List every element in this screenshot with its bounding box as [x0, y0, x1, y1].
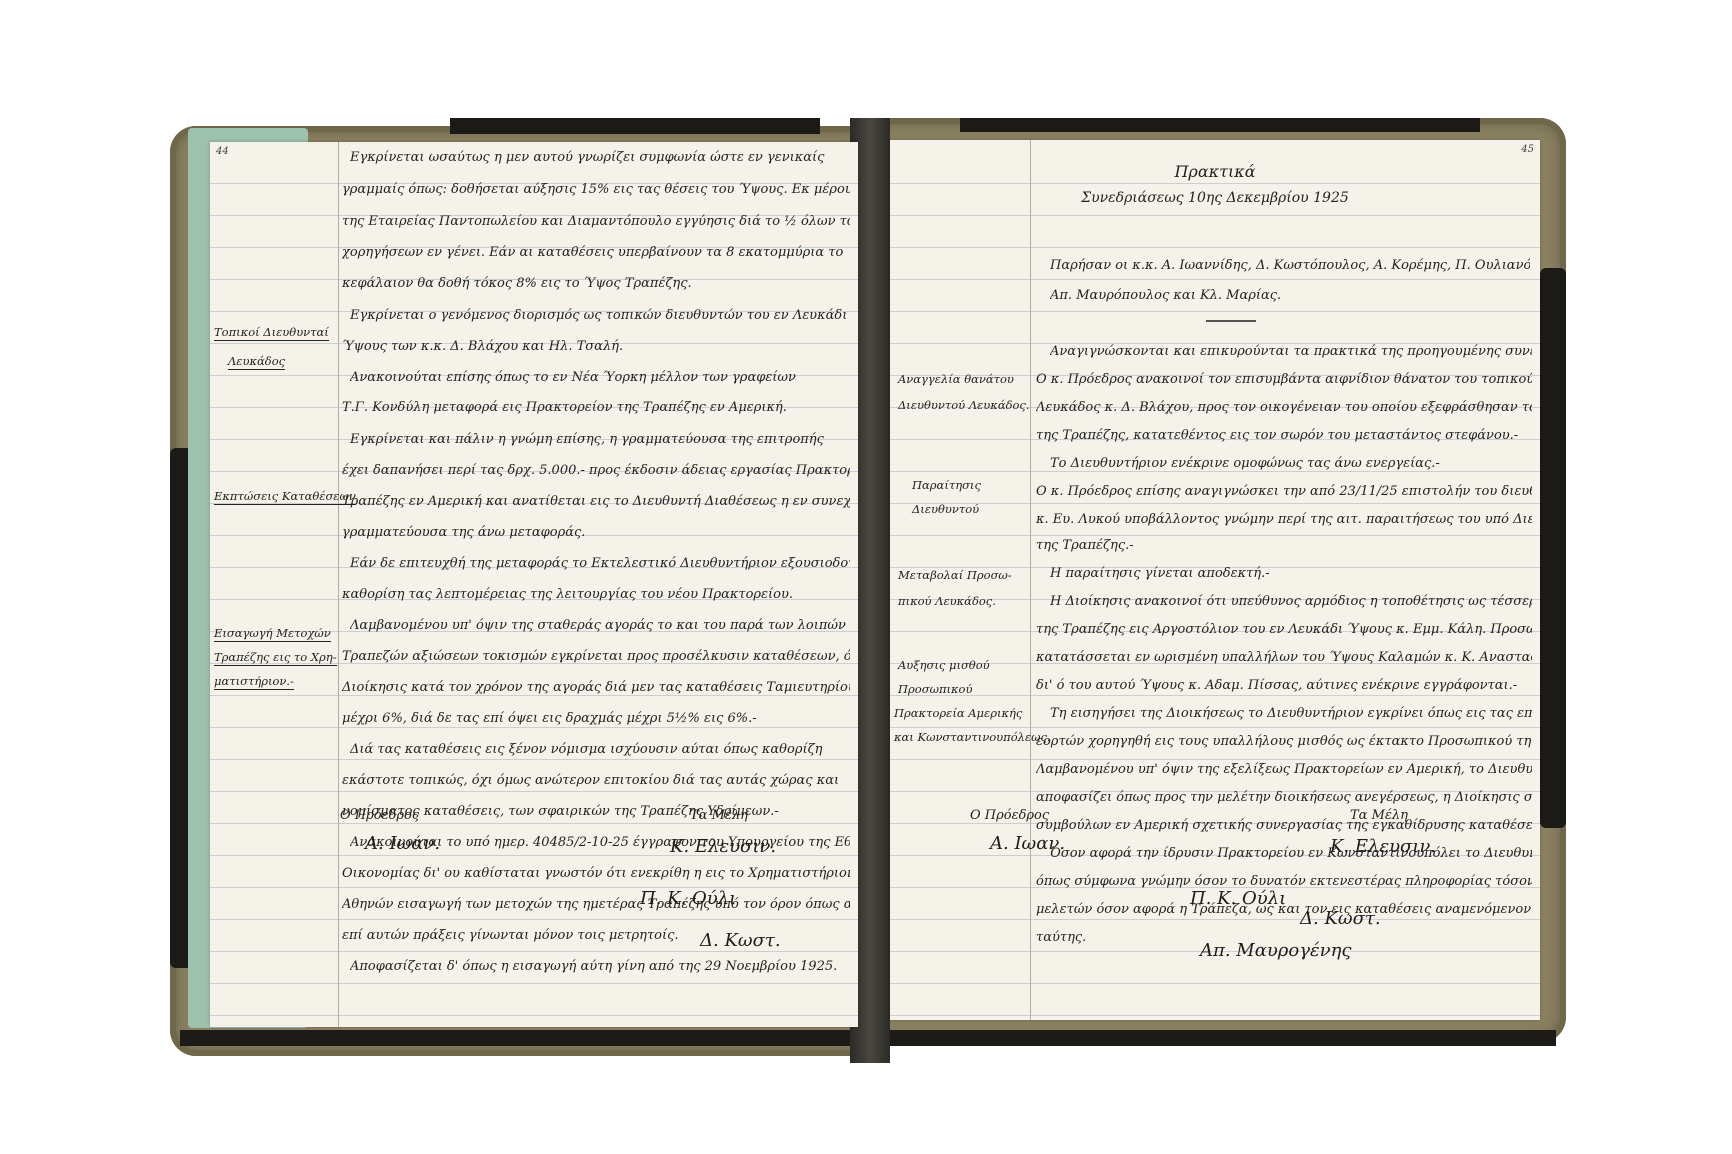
margin-note: Εκπτώσεις Καταθέσεων	[214, 489, 356, 505]
text-line: Διά τας καταθέσεις εις ξένον νόμισμα ισχ…	[350, 742, 850, 757]
text-line: κατατάσσεται εν ωρισμένη υπαλλήλων του Ύ…	[1036, 650, 1532, 665]
margin-note: Διευθυντού Λευκάδος.	[898, 398, 1030, 412]
margin-note: και Κωνσταντινουπόλεως.	[894, 730, 1051, 744]
open-ledger-book: 44 Τοπικοί Διευθυνταί Λευκάδος Εκπτώσεις…	[170, 118, 1566, 1063]
top-edge-wear	[450, 118, 820, 134]
text-line: εορτών χορηγηθή εις τους υπαλλήλους μισθ…	[1036, 734, 1532, 749]
members-label: Τα Μέλη	[690, 808, 748, 823]
margin-rule	[338, 142, 339, 1027]
text-line: εκάστοτε τοπικώς, όχι όμως ανώτερον επιτ…	[342, 773, 850, 788]
text-line: δι' ό του αυτού Ύψους κ. Αδαμ. Πίσσας, α…	[1036, 678, 1532, 693]
right-cover-wear	[1540, 268, 1566, 828]
text-line: Ανακοινούται επίσης όπως το εν Νέα Ύορκη…	[350, 370, 850, 385]
member-signature: Κ. Ελευσιν.	[1330, 836, 1436, 857]
member-signature: Π. Κ. Ούλι	[1190, 888, 1286, 909]
president-label: Ο Πρόεδρος	[340, 808, 419, 823]
margin-note: Πρακτορεία Αμερικής	[894, 706, 1022, 720]
attendees-line: Απ. Μαυρόπουλος και Κλ. Μαρίας.	[1050, 288, 1530, 303]
margin-note: Τοπικοί Διευθυνταί	[214, 325, 329, 341]
text-line: όπως σύμφωνα γνώμην όσον το δυνατόν εκτε…	[1036, 874, 1532, 889]
margin-note: Διευθυντού	[912, 502, 979, 516]
text-line: Διοίκησις κατά τον χρόνον της αγοράς διά…	[342, 680, 850, 695]
minutes-title: Πρακτικά	[890, 162, 1540, 181]
section-divider	[1206, 320, 1256, 322]
margin-note: πικού Λευκάδος.	[898, 594, 996, 608]
margin-rule	[1030, 140, 1031, 1020]
text-line: Ο κ. Πρόεδρος ανακοινοί τον επισυμβάντα …	[1036, 372, 1532, 387]
text-line: αποφασίζει όπως προς την μελέτην διοικήσ…	[1036, 790, 1532, 805]
president-signature: Α. Ιωαν.	[365, 833, 440, 854]
text-line: της Εταιρείας Παντοπωλείου και Διαμαντόπ…	[342, 214, 850, 229]
members-label: Τα Μέλη	[1350, 808, 1408, 823]
margin-note: ματιστήριον.-	[214, 674, 294, 690]
attendees-line: Παρήσαν οι κ.κ. Α. Ιωαννίδης, Δ. Κωστόπο…	[1050, 258, 1530, 273]
margin-note: Αυξησις μισθού	[898, 658, 990, 672]
text-line: Λαμβανομένου υπ' όψιν της σταθεράς αγορά…	[350, 618, 850, 633]
text-line: χορηγήσεων εν γένει. Εάν αι καταθέσεις υ…	[342, 245, 850, 260]
margin-note: Αναγγελία θανάτου	[898, 372, 1014, 386]
margin-note: Τραπέζης εις το Χρη-	[214, 650, 337, 666]
page-number: 44	[216, 146, 229, 157]
top-edge-wear-right	[960, 118, 1480, 132]
text-line: γραμμαίς όπως: δοθήσεται αύξησις 15% εις…	[342, 182, 850, 197]
text-line: Εάν δε επιτευχθή της μεταφοράς το Εκτελε…	[350, 556, 850, 571]
text-line: Εγκρίνεται ωσαύτως η μεν αυτού γνωρίζει …	[350, 150, 850, 165]
text-line: συμβούλων εν Αμερική σχετικής συνεργασία…	[1036, 818, 1532, 833]
text-line: μέχρι 6%, διά δε τας επί όψει εις δραχμά…	[342, 711, 850, 726]
text-line: Τ.Γ. Κονδύλη μεταφορά εις Πρακτορείον τη…	[342, 400, 850, 415]
text-line: Η Διοίκησις ανακοινοί ότι υπεύθυνος αρμό…	[1050, 594, 1532, 609]
text-line: Όσον αφορά την ίδρυσιν Πρακτορείου εν Κω…	[1050, 846, 1532, 861]
president-label: Ο Πρόεδρος	[970, 808, 1049, 823]
text-line: Εγκρίνεται ο γενόμενος διορισμός ως τοπι…	[350, 308, 850, 323]
text-line: Τραπέζης εν Αμερική και ανατίθεται εις τ…	[342, 494, 850, 509]
member-signature: Κ. Ελευσιν.	[670, 836, 776, 857]
text-line: της Τραπέζης.-	[1036, 538, 1532, 553]
text-line: της Τραπέζης, κατατεθέντος εις τον σωρόν…	[1036, 428, 1532, 443]
text-line: κ. Ευ. Λυκού υποβάλλοντος γνώμην περί τη…	[1036, 512, 1532, 527]
president-signature: Α. Ιωαν.	[990, 833, 1065, 854]
text-line: Λαμβανομένου υπ' όψιν της εξελίξεως Πρακ…	[1036, 762, 1532, 777]
text-line: Τη εισηγήσει της Διοικήσεως το Διευθυντή…	[1050, 706, 1532, 721]
text-line: καθορίση τας λεπτομέρειας της λειτουργία…	[342, 587, 850, 602]
page-number: 45	[1521, 144, 1534, 155]
text-line: Η παραίτησις γίνεται αποδεκτή.-	[1050, 566, 1532, 581]
margin-note: Μεταβολαί Προσω-	[898, 568, 1012, 582]
text-line: Αναγιγνώσκονται και επικυρούνται τα πρακ…	[1050, 344, 1532, 359]
text-line: Οικονομίας δι' ου καθίσταται γνωστόν ότι…	[342, 866, 850, 881]
text-line: Ο κ. Πρόεδρος επίσης αναγιγνώσκει την απ…	[1036, 484, 1532, 499]
text-line: έχει δαπανήσει περί τας δρχ. 5.000.- προ…	[342, 463, 850, 478]
text-line: Το Διευθυντήριον ενέκρινε ομοφώνως τας ά…	[1050, 456, 1532, 471]
member-signature: Απ. Μαυρογένης	[1200, 940, 1351, 961]
text-line: Αποφασίζεται δ' όπως η εισαγωγή αύτη γίν…	[350, 959, 850, 974]
member-signature: Δ. Κωστ.	[700, 930, 781, 951]
text-line: Εγκρίνεται και πάλιν η γνώμη επίσης, η γ…	[350, 432, 850, 447]
text-line: Λευκάδος κ. Δ. Βλάχου, προς τον οικογένε…	[1036, 400, 1532, 415]
margin-note: Λευκάδος	[228, 354, 285, 370]
text-line: της Τραπέζης εις Αργοστόλιον του εν Λευκ…	[1036, 622, 1532, 637]
margin-note: Εισαγωγή Μετοχών	[214, 626, 331, 642]
text-line: γραμματεύουσα της άνω μεταφοράς.	[342, 525, 850, 540]
margin-note: Παραίτησις	[912, 478, 981, 492]
member-signature: Π. Κ. Ούλι	[640, 888, 736, 909]
text-line: Ύψους των κ.κ. Δ. Βλάχου και Ηλ. Τσαλή.	[342, 339, 850, 354]
margin-note: Προσωπικού	[898, 682, 972, 696]
member-signature: Δ. Κωστ.	[1300, 908, 1381, 929]
text-line: Αθηνών εισαγωγή των μετοχών της ημετέρας…	[342, 897, 850, 912]
left-page: 44 Τοπικοί Διευθυνταί Λευκάδος Εκπτώσεις…	[210, 142, 858, 1027]
session-date: Συνεδριάσεως 10ης Δεκεμβρίου 1925	[890, 190, 1540, 206]
text-line: κεφάλαιον θα δοθή τόκος 8% εις το Ύψος Τ…	[342, 276, 850, 291]
text-line: Τραπεζών αξιώσεων τοκισμών εγκρίνεται πρ…	[342, 649, 850, 664]
